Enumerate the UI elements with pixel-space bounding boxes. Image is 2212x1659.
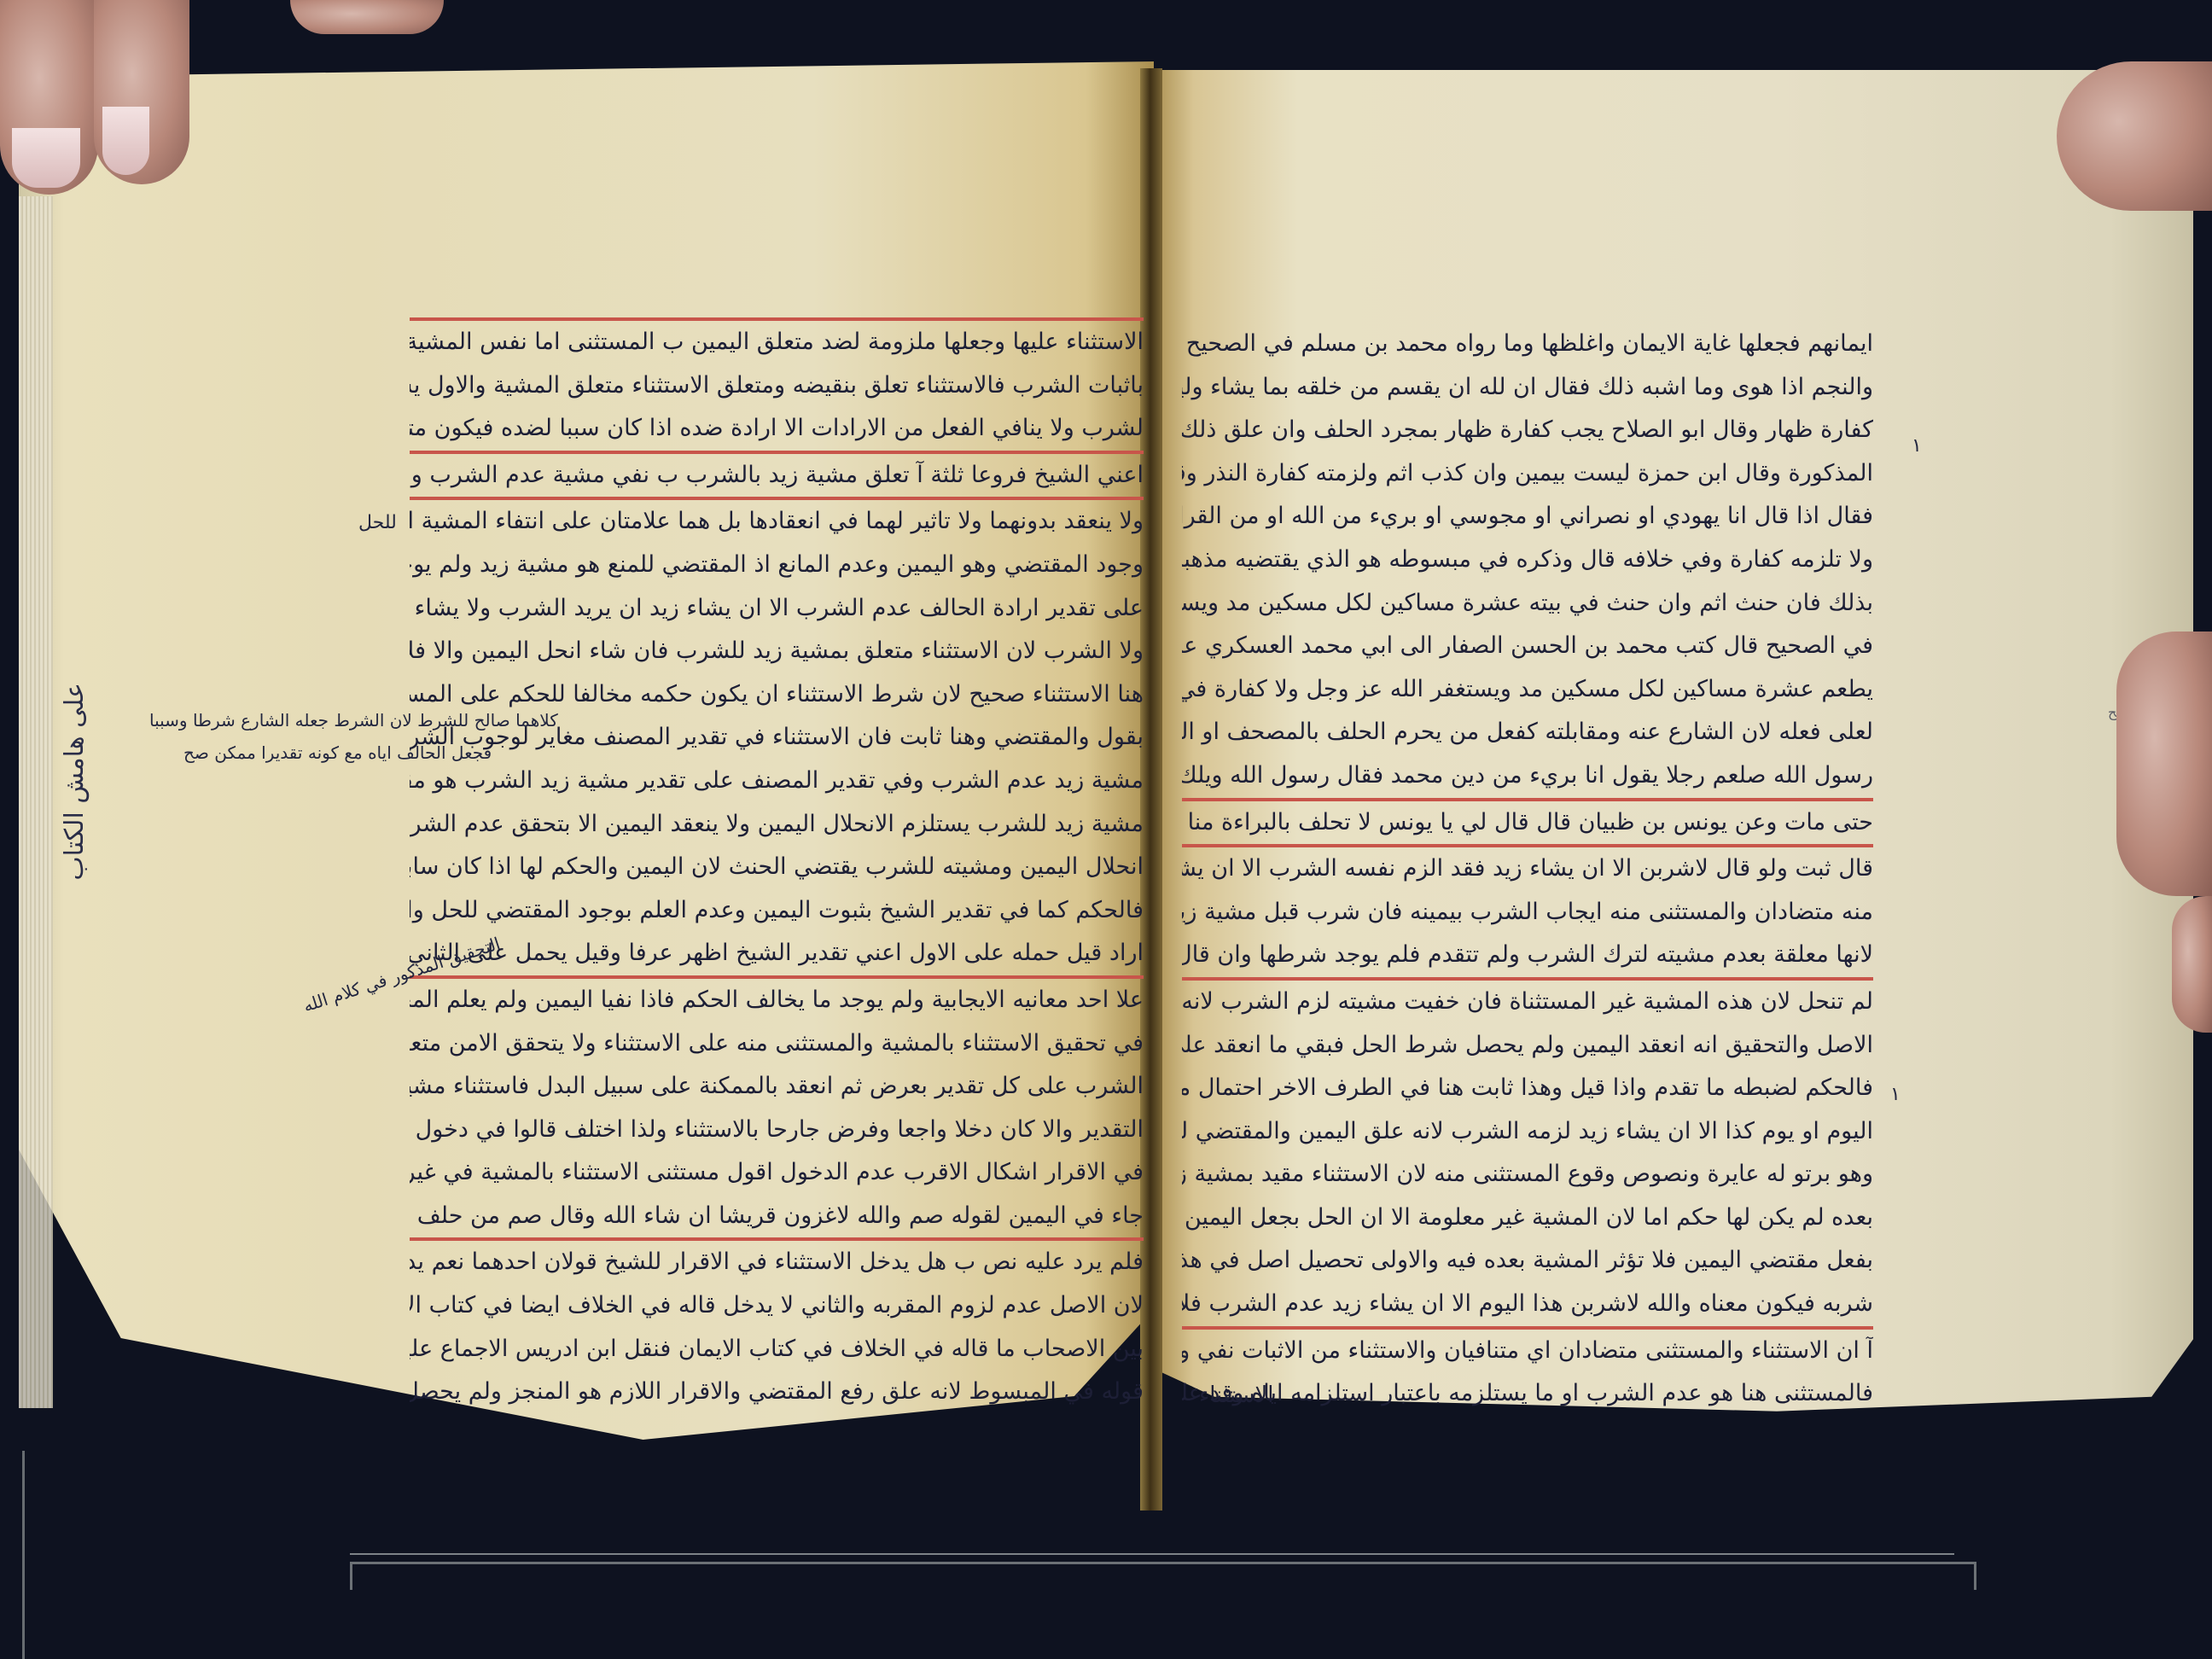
- manuscript-line: بذلك فان حنث اثم وان حنث في بيته عشرة مس…: [1182, 582, 1873, 626]
- margin-note-lil-hall: للحل: [358, 512, 397, 533]
- manuscript-line: قال ثبت ولو قال لاشربن الا ان يشاء زيد ف…: [1182, 844, 1873, 891]
- left-thumb: [0, 0, 98, 195]
- manuscript-line: آ ان الاستثناء والمستثنى متضادان اي متنا…: [1182, 1326, 1873, 1373]
- manuscript-line: والنجم اذا هوى وما اشبه ذلك فقال ان لله …: [1182, 366, 1873, 410]
- left-page-fore-edge: [19, 196, 53, 1408]
- margin-note-shart: كلاهما صالح للشرط لان الشرط جعله الشارع …: [149, 710, 558, 731]
- manuscript-line: مشية زيد للشرب يستلزم الانحلال اليمين ول…: [410, 803, 1144, 847]
- open-manuscript: الاستثناء عليها وجعلها ملزومة لضد متعلق …: [0, 0, 2212, 1659]
- manuscript-line: ايمانهم فجعلها غاية الايمان واغلظها وما …: [1182, 323, 1873, 366]
- manuscript-line: لم تنحل لان هذه المشية غير المستثناة فان…: [1182, 977, 1873, 1024]
- right-finger-top: [2057, 61, 2212, 211]
- manuscript-line: يطعم عشرة مساكين لكل مسكين مد ويستغفر ال…: [1182, 668, 1873, 712]
- left-margin-vertical-note: على هامش الكتاب: [60, 683, 90, 881]
- manuscript-line: الاستثناء عليها وجعلها ملزومة لضد متعلق …: [410, 317, 1144, 364]
- manuscript-line: جاء في اليمين لقوله صم والله لاغزون قريش…: [410, 1195, 1144, 1238]
- right-finger-middle: [2116, 632, 2212, 896]
- manuscript-line: في الاقرار اشكال الاقرب عدم الدخول اقول …: [410, 1151, 1144, 1195]
- manuscript-line: ولا تلزمه كفارة وفي خلافه قال وذكره في م…: [1182, 538, 1873, 582]
- manuscript-line: فالحكم لضبطه ما تقدم واذا قيل وهذا ثابت …: [1182, 1067, 1873, 1110]
- manuscript-line: انحلال اليمين ومشيته للشرب يقتضي الحنث ل…: [410, 846, 1144, 889]
- margin-mark-2: ١: [1890, 1084, 1901, 1105]
- right-page-text-block: ايمانهم فجعلها غاية الايمان واغلظها وما …: [1182, 323, 1873, 1416]
- manuscript-line: المذكورة وقال ابن حمزة ليست بيمين وان كذ…: [1182, 452, 1873, 496]
- manuscript-line: الشرب على كل تقدير بعرض ثم انعقد بالممكن…: [410, 1065, 1144, 1109]
- manuscript-line: رسول الله صلعم رجلا يقول انا بريء من دين…: [1182, 754, 1873, 798]
- manuscript-line: حتى مات وعن يونس بن ظبيان قال قال لي يا …: [1182, 798, 1873, 845]
- manuscript-line: باثبات الشرب فالاستثناء تعلق بنقيضه ومتع…: [410, 364, 1144, 408]
- manuscript-line: منه متضادان والمستثنى منه ايجاب الشرب بي…: [1182, 891, 1873, 934]
- manuscript-line: في الصحيح قال كتب محمد بن الحسن الصفار ا…: [1182, 625, 1873, 668]
- manuscript-line: لان الاصل عدم لزوم المقربه والثاني لا يد…: [410, 1284, 1144, 1328]
- left-finger: [94, 0, 189, 184]
- top-fingertip: [290, 0, 444, 34]
- manuscript-line: التقدير والا كان دخلا واجعا وفرض جارحا ب…: [410, 1109, 1144, 1152]
- manuscript-line: وهو برتو له عايرة ونصوص وقوع المستثنى من…: [1182, 1153, 1873, 1196]
- manuscript-line: بفعل مقتضي اليمين فلا تؤثر المشية بعده ف…: [1182, 1239, 1873, 1283]
- manuscript-line: فالمستثنى هنا هو عدم الشرب او ما يستلزمه…: [1182, 1372, 1873, 1416]
- left-page-text-block: الاستثناء عليها وجعلها ملزومة لضد متعلق …: [410, 317, 1144, 1414]
- manuscript-line: لعلى فعله لان الشارع عنه ومقابلته كفعل م…: [1182, 711, 1873, 754]
- manuscript-line: فقال اذا قال انا يهودي او نصراني او مجوس…: [1182, 495, 1873, 538]
- margin-mark-1: ١: [1912, 435, 1922, 457]
- manuscript-line: علا احد معانيه الايجابية ولم يوجد ما يخا…: [410, 975, 1144, 1022]
- margin-note-shart-2: فجعل الحالف اياه مع كونه تقديرا ممكن صح: [183, 742, 492, 763]
- manuscript-line: في تحقيق الاستثناء بالمشية والمستثنى منه…: [410, 1022, 1144, 1066]
- manuscript-line: اراد قيل حمله على الاول اعني تقدير الشيخ…: [410, 932, 1144, 975]
- right-finger-lower: [2172, 896, 2212, 1033]
- manuscript-line: اعني الشيخ فروعا ثلثة آ تعلق مشية زيد با…: [410, 451, 1144, 498]
- manuscript-line: شربه فيكون معناه والله لاشربن هذا اليوم …: [1182, 1283, 1873, 1326]
- manuscript-line: كفارة ظهار وقال ابو الصلاح يجب كفارة ظها…: [1182, 409, 1873, 452]
- catchword: الاستثناء: [1199, 1382, 1274, 1408]
- manuscript-line: بين الاصحاب ما قاله في الخلاف في كتاب ال…: [410, 1328, 1144, 1371]
- thumbnail: [12, 128, 80, 188]
- manuscript-line: لشرب ولا ينافي الفعل من الارادات الا ارا…: [410, 407, 1144, 451]
- manuscript-line: على تقدير ارادة الحالف عدم الشرب الا ان …: [410, 587, 1144, 631]
- manuscript-line: الاصل والتحقيق انه انعقد اليمين ولم يحصل…: [1182, 1024, 1873, 1068]
- manuscript-line: فلم يرد عليه نص ب هل يدخل الاستثناء في ا…: [410, 1237, 1144, 1284]
- manuscript-line: لانها معلقة بعدم مشيته لترك الشرب ولم تت…: [1182, 934, 1873, 977]
- manuscript-line: ولا الشرب لان الاستثناء متعلق بمشية زيد …: [410, 630, 1144, 673]
- manuscript-line: مشية زيد عدم الشرب وفي تقدير المصنف على …: [410, 760, 1144, 803]
- manuscript-line: اليوم او يوم كذا الا ان يشاء زيد لزمه ال…: [1182, 1110, 1873, 1154]
- manuscript-line: قوله في المبسوط لانه علق رفع المقتضي وال…: [410, 1371, 1144, 1414]
- manuscript-line: ولا ينعقد بدونهما ولا تاثير لهما في انعق…: [410, 497, 1144, 544]
- fingernail: [102, 107, 149, 175]
- manuscript-line: وجود المقتضي وهو اليمين وعدم المانع اذ ا…: [410, 544, 1144, 587]
- manuscript-line: فالحكم كما في تقدير الشيخ بثبوت اليمين و…: [410, 889, 1144, 933]
- manuscript-line: بعده لم يكن لها حكم اما لان المشية غير م…: [1182, 1196, 1873, 1240]
